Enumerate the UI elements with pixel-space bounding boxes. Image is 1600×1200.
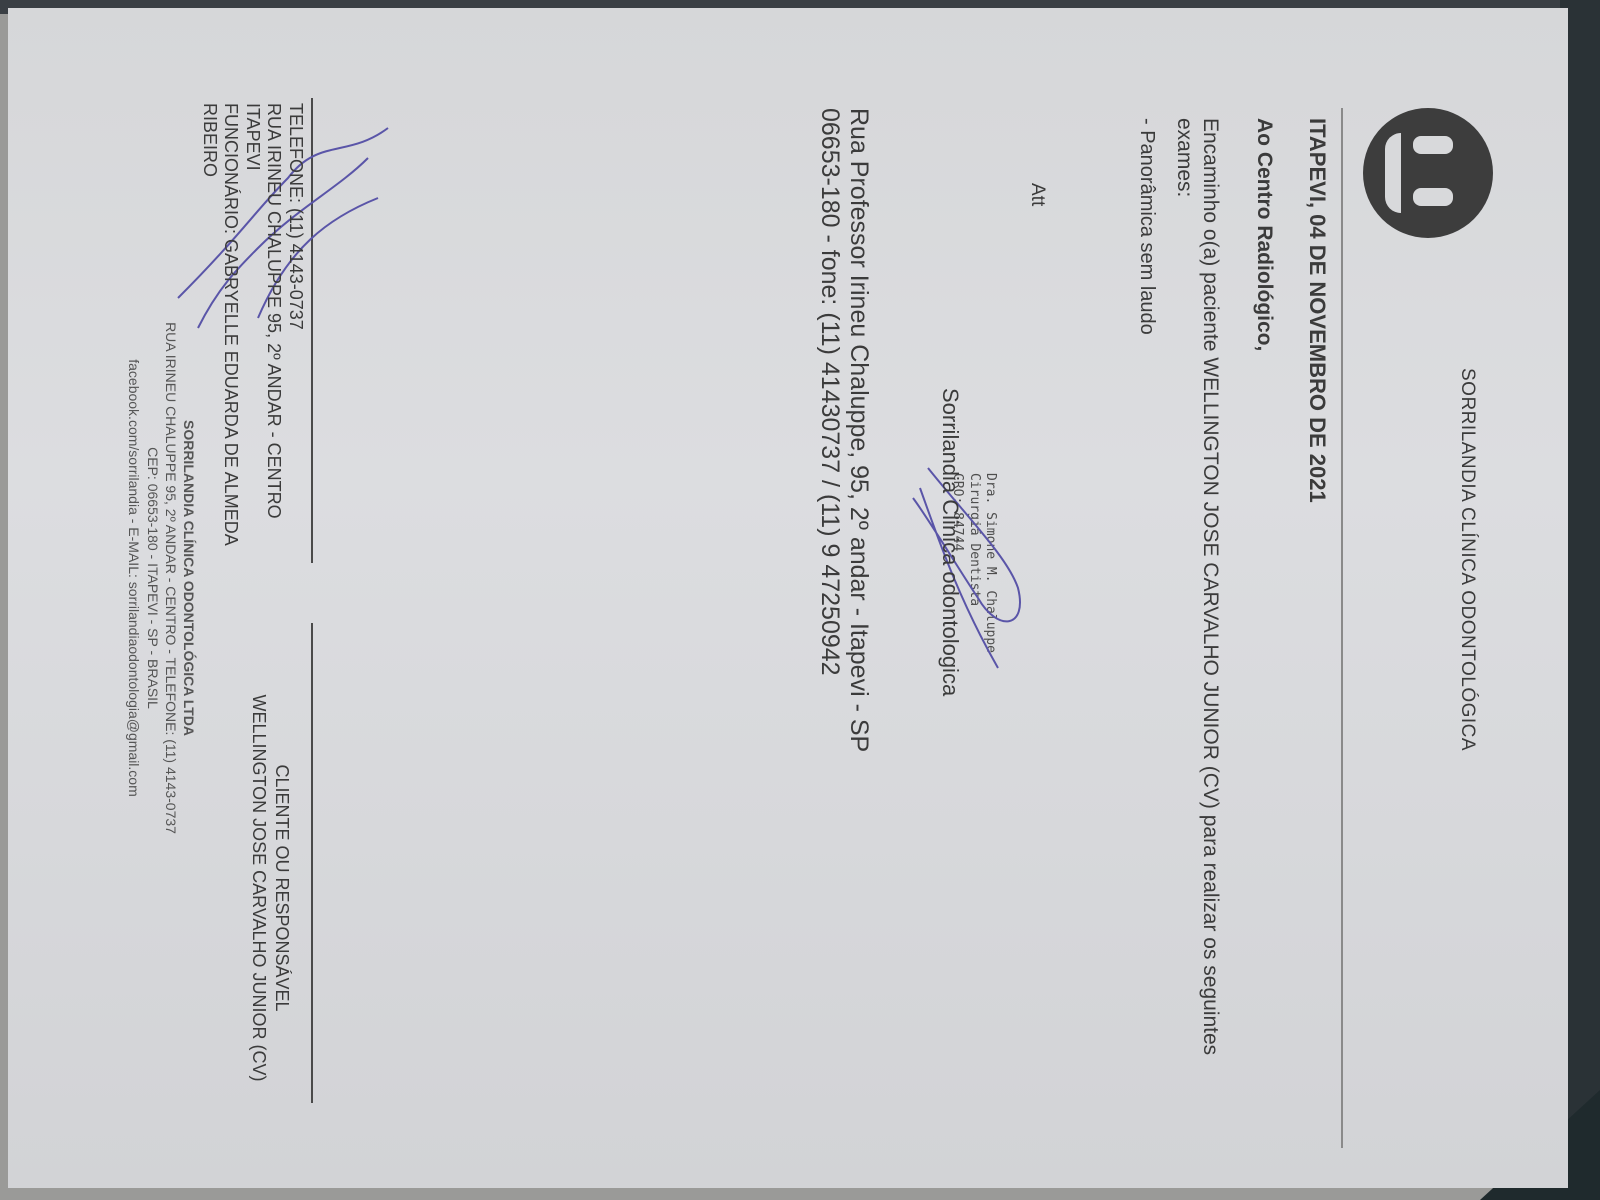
employee-city: ITAPEVI [241, 103, 263, 623]
referral-document: SORRILANDIA CLÍNICA ODONTOLÓGICA ITAPEVI… [8, 8, 1568, 1188]
footer-cep: CEP: 06653-180 - ITAPEVI - SP - BRASIL [143, 128, 161, 1028]
clinic-header: SORRILANDIA CLÍNICA ODONTOLÓGICA [1456, 368, 1478, 751]
client-label: CLIENTE OU RESPONSÁVEL [271, 648, 294, 1128]
client-name: WELLINGTON JOSE CARVALHO JUNIOR (CV) [248, 648, 271, 1128]
clinic-signature-name: Sorrilandia Clinica odontologica [937, 388, 963, 696]
smiley-face-logo-icon [1363, 108, 1493, 238]
footer-address: RUA IRINEU CHALUPPE 95, 2º ANDAR - CENTR… [162, 128, 180, 1028]
address-line-2: 06653-180 - fone: (11) 41430737 / (11) 9… [816, 108, 845, 752]
header-divider [1341, 108, 1343, 1148]
referral-body: Encaminho o(a) paciente WELLINGTON JOSE … [1171, 118, 1224, 1078]
employee-block: TELEFONE: (11) 4143-0737 RUA IRINEU CHAL… [198, 103, 306, 623]
address-line-1: Rua Professor Irineu Chaluppe, 95, 2º an… [844, 108, 873, 752]
footer-contact: facebook.com/sorrilandia - E-MAIL: sorri… [125, 128, 143, 1028]
employee-phone: TELEFONE: (11) 4143-0737 [284, 103, 306, 623]
employee-address: RUA IRINEU CHALUPPE 95, 2º ANDAR - CENTR… [263, 103, 285, 623]
dentist-signature [898, 458, 1038, 678]
employee-name: FUNCIONÁRIO: GABRYELLE EDUARDA DE ALMEDA… [198, 103, 241, 623]
date-line: ITAPEVI, 04 DE NOVEMBRO DE 2021 [1304, 118, 1330, 503]
footer: SORRILANDIA CLÍNICA ODONTOLÓGICA LTDA RU… [125, 128, 198, 1028]
closing: Att [1026, 183, 1048, 206]
clinic-address: Rua Professor Irineu Chaluppe, 95, 2º an… [816, 108, 874, 752]
client-signature-line [311, 623, 313, 1103]
recipient-line: Ao Centro Radiológico, [1252, 118, 1276, 351]
exam-item: - Panorâmica sem laudo [1135, 118, 1158, 335]
client-block: CLIENTE OU RESPONSÁVEL WELLINGTON JOSE C… [248, 648, 293, 1128]
footer-company: SORRILANDIA CLÍNICA ODONTOLÓGICA LTDA [180, 128, 198, 1028]
